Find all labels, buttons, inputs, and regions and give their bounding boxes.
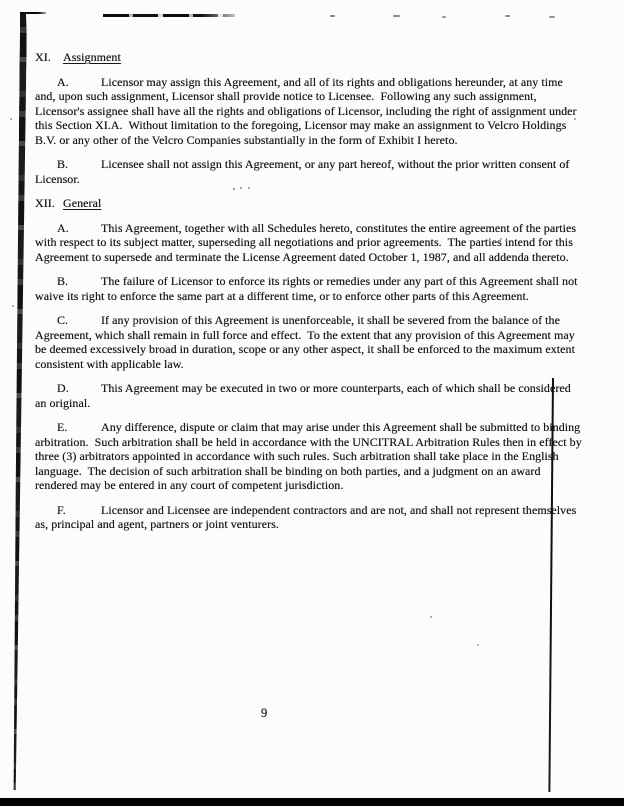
paragraph-letter: B. [57, 157, 101, 172]
paragraph-text: The failure of Licensor to enforce its r… [35, 274, 581, 303]
scan-artifact-speck [477, 644, 479, 646]
paragraph-xii-a: A.This Agreement, together with all Sche… [35, 221, 583, 265]
paragraph-xii-b: B.The failure of Licensor to enforce its… [35, 274, 583, 303]
paragraph-letter: F. [57, 503, 101, 518]
paragraph-letter: A. [57, 221, 101, 236]
paragraph-letter: C. [57, 313, 101, 328]
paragraph-text: If any provision of this Agreement is un… [35, 313, 578, 371]
paragraph-text: This Agreement, together with all Schedu… [35, 221, 579, 264]
paragraph-text: Any difference, dispute or claim that ma… [35, 420, 585, 492]
section-heading-general: XII.General [35, 196, 583, 211]
section-title: Assignment [63, 50, 121, 64]
scan-artifact-dash [330, 15, 335, 17]
paragraph-text: Licensee shall not assign this Agreement… [35, 157, 573, 186]
paragraph-letter: E. [57, 420, 101, 435]
scan-artifact-dash [393, 15, 400, 17]
scanned-document-page: XI.Assignment A.Licensor may assign this… [0, 0, 624, 806]
paragraph-text: This Agreement may be executed in two or… [35, 381, 574, 410]
section-number: XI. [35, 50, 63, 65]
scan-artifact-dash [442, 16, 446, 18]
scan-artifact-bottom-black-bar [0, 798, 624, 806]
scan-artifact-speck [430, 616, 432, 618]
scan-artifact-top-left-corner [20, 12, 46, 14]
scan-artifact-left-edge-bar [12, 13, 27, 790]
page-number: 9 [261, 706, 267, 721]
document-body: XI.Assignment A.Licensor may assign this… [35, 50, 583, 532]
paragraph-letter: B. [57, 274, 101, 289]
paragraph-xi-b: B.Licensee shall not assign this Agreeme… [35, 157, 583, 186]
scan-artifact-top-dashed-line [103, 14, 235, 17]
paragraph-xii-e: E.Any difference, dispute or claim that … [35, 420, 583, 493]
section-title: General [63, 196, 101, 210]
paragraph-xii-c: C.If any provision of this Agreement is … [35, 313, 583, 371]
paragraph-text: Licensor may assign this Agreement, and … [35, 75, 580, 147]
paragraph-xi-a: A.Licensor may assign this Agreement, an… [35, 75, 583, 148]
scan-artifact-dash [549, 16, 555, 18]
paragraph-text: Licensor and Licensee are independent co… [35, 503, 579, 532]
paragraph-xii-d: D.This Agreement may be executed in two … [35, 381, 583, 410]
paragraph-letter: D. [57, 381, 101, 396]
section-number: XII. [35, 196, 63, 211]
scan-artifact-dash [505, 15, 510, 17]
paragraph-xii-f: F.Licensor and Licensee are independent … [35, 503, 583, 532]
scan-artifact-speck [10, 118, 12, 120]
scan-artifact-speck [12, 305, 14, 307]
paragraph-letter: A. [57, 75, 101, 90]
section-heading-assignment: XI.Assignment [35, 50, 583, 65]
